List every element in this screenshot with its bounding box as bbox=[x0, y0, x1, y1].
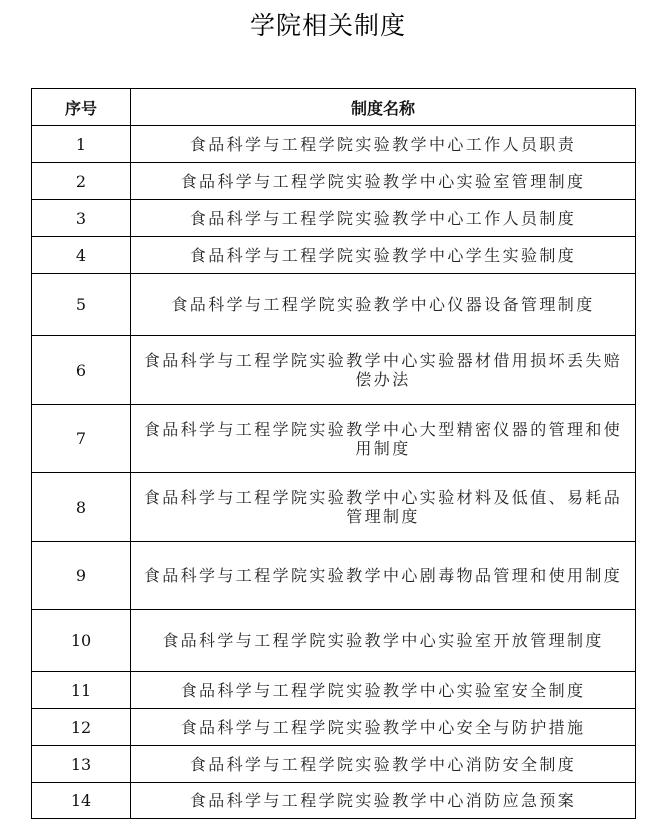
serial-number-cell: 7 bbox=[32, 405, 131, 473]
table-row: 14食品科学与工程学院实验教学中心消防应急预案 bbox=[32, 783, 636, 819]
regulation-name-cell: 食品科学与工程学院实验教学中心消防应急预案 bbox=[131, 783, 636, 819]
regulations-table: 序号 制度名称 1食品科学与工程学院实验教学中心工作人员职责2食品科学与工程学院… bbox=[31, 88, 636, 819]
serial-number-cell: 1 bbox=[32, 126, 131, 163]
regulation-name-cell: 食品科学与工程学院实验教学中心剧毒物品管理和使用制度 bbox=[131, 542, 636, 610]
serial-number-cell: 5 bbox=[32, 274, 131, 336]
serial-number-cell: 13 bbox=[32, 746, 131, 783]
table-row: 13食品科学与工程学院实验教学中心消防安全制度 bbox=[32, 746, 636, 783]
table-row: 9食品科学与工程学院实验教学中心剧毒物品管理和使用制度 bbox=[32, 542, 636, 610]
regulation-name-cell: 食品科学与工程学院实验教学中心安全与防护措施 bbox=[131, 709, 636, 746]
table-row: 10食品科学与工程学院实验教学中心实验室开放管理制度 bbox=[32, 610, 636, 672]
table-row: 11食品科学与工程学院实验教学中心实验室安全制度 bbox=[32, 672, 636, 709]
table-row: 3食品科学与工程学院实验教学中心工作人员制度 bbox=[32, 200, 636, 237]
serial-number-cell: 8 bbox=[32, 473, 131, 542]
serial-number-cell: 3 bbox=[32, 200, 131, 237]
table-row: 1食品科学与工程学院实验教学中心工作人员职责 bbox=[32, 126, 636, 163]
regulation-name-cell: 食品科学与工程学院实验教学中心学生实验制度 bbox=[131, 237, 636, 274]
page-title: 学院相关制度 bbox=[0, 6, 656, 42]
table-row: 2食品科学与工程学院实验教学中心实验室管理制度 bbox=[32, 163, 636, 200]
serial-number-cell: 9 bbox=[32, 542, 131, 610]
table-row: 5食品科学与工程学院实验教学中心仪器设备管理制度 bbox=[32, 274, 636, 336]
regulation-name-cell: 食品科学与工程学院实验教学中心实验器材借用损坏丢失赔偿办法 bbox=[131, 336, 636, 405]
serial-number-cell: 11 bbox=[32, 672, 131, 709]
serial-number-cell: 12 bbox=[32, 709, 131, 746]
table-row: 6食品科学与工程学院实验教学中心实验器材借用损坏丢失赔偿办法 bbox=[32, 336, 636, 405]
serial-number-cell: 6 bbox=[32, 336, 131, 405]
regulation-name-cell: 食品科学与工程学院实验教学中心消防安全制度 bbox=[131, 746, 636, 783]
regulation-name-cell: 食品科学与工程学院实验教学中心工作人员职责 bbox=[131, 126, 636, 163]
table-row: 8食品科学与工程学院实验教学中心实验材料及低值、易耗品管理制度 bbox=[32, 473, 636, 542]
serial-number-cell: 14 bbox=[32, 783, 131, 819]
regulation-name-cell: 食品科学与工程学院实验教学中心工作人员制度 bbox=[131, 200, 636, 237]
serial-number-cell: 4 bbox=[32, 237, 131, 274]
serial-number-cell: 10 bbox=[32, 610, 131, 672]
regulation-name-cell: 食品科学与工程学院实验教学中心实验室安全制度 bbox=[131, 672, 636, 709]
regulation-name-cell: 食品科学与工程学院实验教学中心实验室管理制度 bbox=[131, 163, 636, 200]
header-regulation-name: 制度名称 bbox=[131, 89, 636, 126]
regulation-name-cell: 食品科学与工程学院实验教学中心实验室开放管理制度 bbox=[131, 610, 636, 672]
table-row: 7食品科学与工程学院实验教学中心大型精密仪器的管理和使用制度 bbox=[32, 405, 636, 473]
regulation-name-cell: 食品科学与工程学院实验教学中心仪器设备管理制度 bbox=[131, 274, 636, 336]
table-header-row: 序号 制度名称 bbox=[32, 89, 636, 126]
header-serial-number: 序号 bbox=[32, 89, 131, 126]
regulation-name-cell: 食品科学与工程学院实验教学中心实验材料及低值、易耗品管理制度 bbox=[131, 473, 636, 542]
regulation-name-cell: 食品科学与工程学院实验教学中心大型精密仪器的管理和使用制度 bbox=[131, 405, 636, 473]
table-row: 4食品科学与工程学院实验教学中心学生实验制度 bbox=[32, 237, 636, 274]
table-row: 12食品科学与工程学院实验教学中心安全与防护措施 bbox=[32, 709, 636, 746]
serial-number-cell: 2 bbox=[32, 163, 131, 200]
